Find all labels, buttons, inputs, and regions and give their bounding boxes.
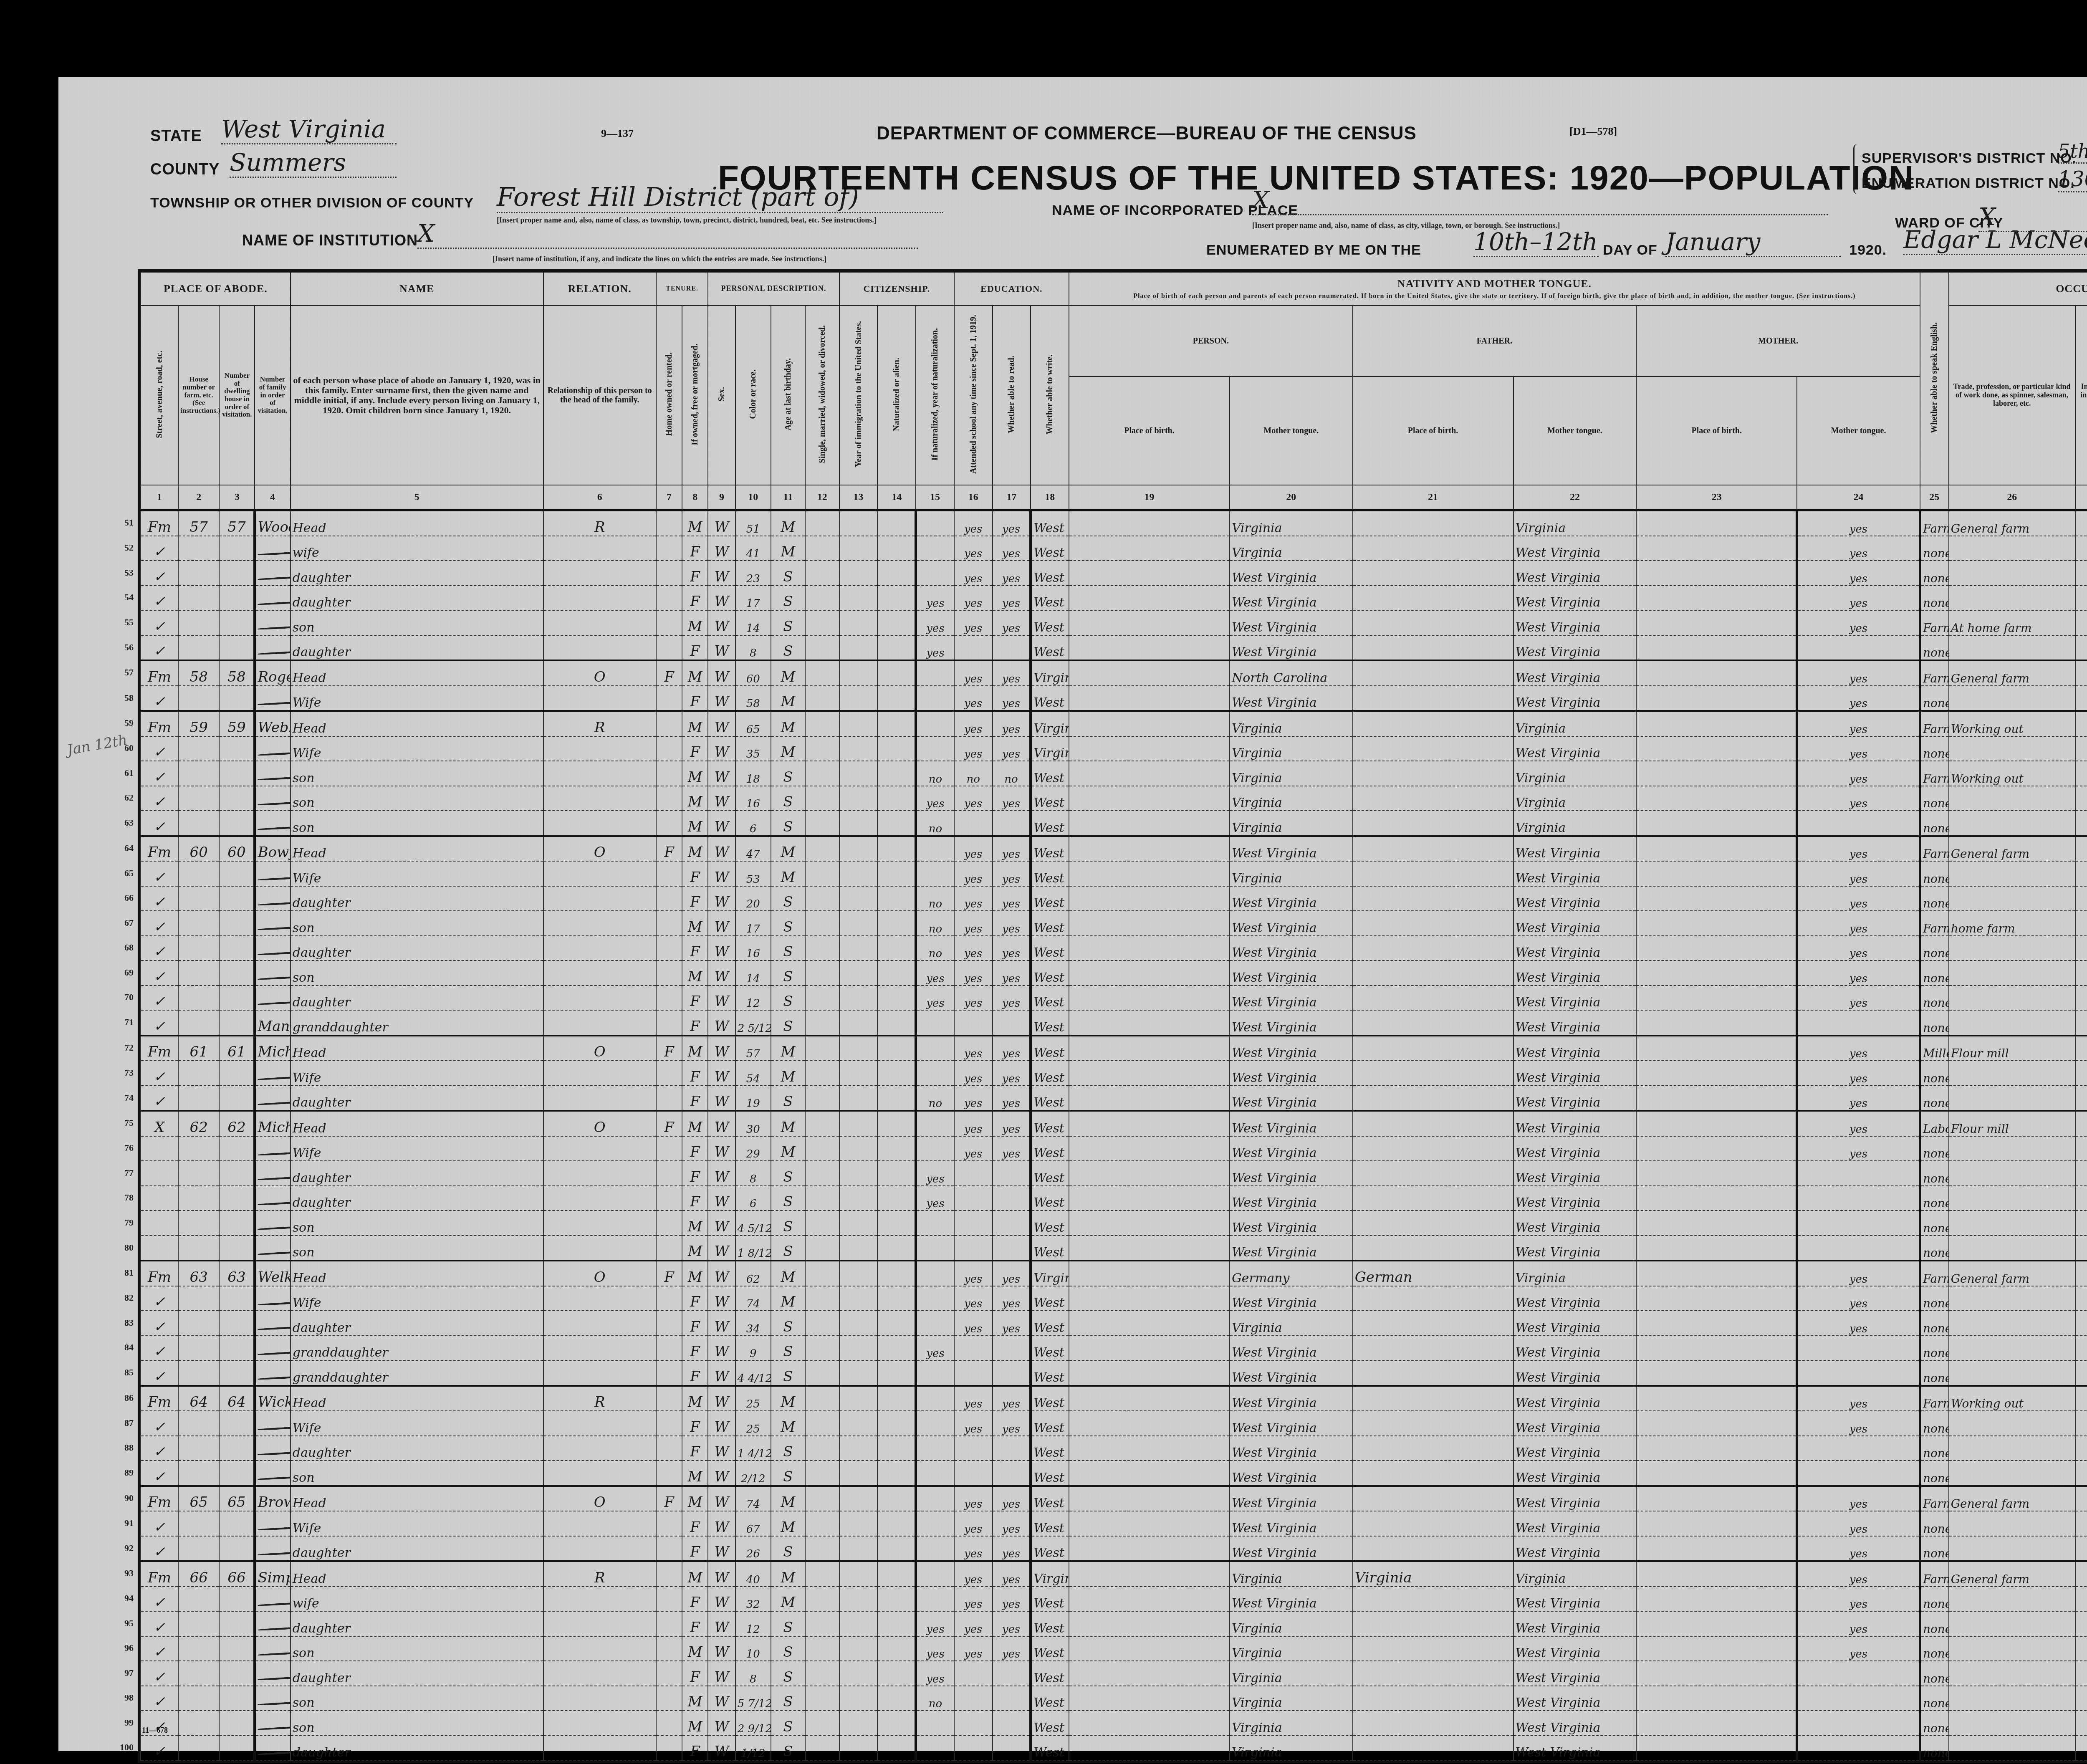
- fam-cell: [219, 1161, 255, 1186]
- dwell-cell: [178, 1536, 219, 1562]
- empty-cell: [877, 886, 916, 911]
- mar-cell: M: [771, 1286, 805, 1311]
- mort-cell: [656, 1136, 682, 1161]
- class-cell: W: [2075, 711, 2087, 736]
- rel-cell: Head: [291, 1036, 543, 1061]
- fam-cell: [219, 635, 255, 661]
- industry-cell: [1949, 986, 2075, 1011]
- mpob-cell: West Virginia: [1513, 1236, 1637, 1261]
- abode-cell: ✓: [141, 1010, 178, 1036]
- column-number-24: 24: [1797, 485, 1920, 510]
- age-cell: 14: [735, 960, 771, 986]
- class-cell: [2075, 536, 2087, 561]
- eng-cell: yes: [1797, 1061, 1920, 1086]
- surname: Brown: [258, 1494, 290, 1511]
- mar-cell: S: [771, 1686, 805, 1711]
- fpob-cell: Virginia: [1230, 711, 1353, 736]
- state-label: State: [150, 127, 202, 145]
- empty-cell: [805, 1236, 839, 1261]
- empty-cell: [877, 1711, 916, 1736]
- sex-cell: F: [682, 861, 708, 886]
- name-cell: Clara N.F.: [255, 736, 290, 761]
- mpob-cell: West Virginia: [1513, 1186, 1637, 1211]
- col-13-header: Year of immigration to the United States…: [839, 306, 878, 485]
- write-cell: yes: [993, 1286, 1031, 1311]
- write-cell: [993, 1161, 1031, 1186]
- line-number: 68: [117, 942, 134, 953]
- fam-cell: [219, 1711, 255, 1736]
- census-row-line-67: ✓Paul CsonMW17SnoyesyesWest VirginiaWest…: [141, 911, 2087, 936]
- mpob-cell: West Virginia: [1513, 736, 1637, 761]
- age-cell: 53: [735, 861, 771, 886]
- form-code: [D1—578]: [1569, 125, 1617, 138]
- empty-cell: [1636, 1261, 1797, 1286]
- rel-cell: Wife: [291, 1061, 543, 1086]
- empty-cell: [1636, 1010, 1797, 1036]
- own-cell: O: [543, 1486, 656, 1511]
- empty-cell: [839, 1686, 878, 1711]
- name-cell: MichaelAllen H: [255, 1111, 290, 1136]
- ditto-dash: [258, 700, 290, 705]
- class-cell: [2075, 1061, 2087, 1086]
- trade-cell: none: [1920, 886, 1949, 911]
- class-cell: OA: [2075, 510, 2087, 536]
- write-cell: yes: [993, 1311, 1031, 1336]
- write-cell: yes: [993, 561, 1031, 586]
- column-number-8: 8: [682, 485, 708, 510]
- census-row-line-60: ✓Clara N.F.WifeFW35MyesyesVirginiaVirgin…: [141, 736, 2087, 761]
- mar-cell: M: [771, 1411, 805, 1436]
- sex-cell: F: [682, 1311, 708, 1336]
- abode-cell: ✓: [141, 1536, 178, 1562]
- empty-cell: [1069, 1161, 1230, 1186]
- column-number-6: 6: [543, 485, 656, 510]
- empty-cell: [1069, 786, 1230, 811]
- trade-cell: none: [1920, 1336, 1949, 1361]
- dwell-cell: 61: [178, 1036, 219, 1061]
- mar-cell: M: [771, 1486, 805, 1511]
- census-row-line-70: ✓HazeldaughterFW12SyesyesyesWest Virgini…: [141, 986, 2087, 1011]
- dwell-cell: 65: [178, 1486, 219, 1511]
- ftongue-cell: [1353, 986, 1513, 1011]
- industry-cell: [1949, 861, 2075, 886]
- mort-cell: [656, 1611, 682, 1636]
- fam-cell: 57: [219, 510, 255, 536]
- empty-cell: [877, 1286, 916, 1311]
- line-number: 83: [117, 1317, 134, 1328]
- abode-cell: ✓: [141, 1636, 178, 1661]
- dwell-cell: [178, 811, 219, 836]
- trade-cell: Farm laborer: [1920, 761, 1949, 786]
- empty-cell: [1636, 936, 1797, 961]
- age-cell: 58: [735, 686, 771, 711]
- trade-cell: Farm laborer: [1920, 911, 1949, 936]
- class-cell: [2075, 1136, 2087, 1161]
- rel-cell: daughter: [291, 561, 543, 586]
- line-number: 87: [117, 1418, 134, 1428]
- name-cell: Martha E: [255, 861, 290, 886]
- industry-cell: [1949, 1686, 2075, 1711]
- empty-cell: [839, 1736, 878, 1761]
- industry-cell: [1949, 1461, 2075, 1486]
- write-cell: yes: [993, 1536, 1031, 1562]
- empty-cell: [1069, 1336, 1230, 1361]
- trade-cell: none: [1920, 1686, 1949, 1711]
- ditto-dash: [258, 1625, 290, 1631]
- ditto-dash: [258, 1450, 290, 1456]
- age-cell: 26: [735, 1536, 771, 1562]
- empty-cell: [805, 1111, 839, 1136]
- fam-cell: [219, 986, 255, 1011]
- column-number-19: 19: [1069, 485, 1230, 510]
- sex-cell: F: [682, 536, 708, 561]
- ftongue-cell: [1353, 1360, 1513, 1386]
- school-cell: [916, 510, 954, 536]
- empty-cell: [805, 1711, 839, 1736]
- empty-cell: [805, 886, 839, 911]
- ditto-dash: [258, 900, 290, 906]
- pob-cell: West Virginia: [1031, 1036, 1069, 1061]
- write-cell: yes: [993, 1511, 1031, 1536]
- empty-cell: [839, 1511, 878, 1536]
- write-cell: [993, 1186, 1031, 1211]
- empty-cell: [805, 610, 839, 635]
- trade-cell: none: [1920, 1461, 1949, 1486]
- school-cell: [916, 1386, 954, 1411]
- line-number: 69: [117, 967, 134, 978]
- race-cell: W: [708, 861, 735, 886]
- empty-cell: [1069, 1136, 1230, 1161]
- race-cell: W: [708, 811, 735, 836]
- mar-cell: S: [771, 1236, 805, 1261]
- industry-cell: [1949, 1136, 2075, 1161]
- eng-cell: yes: [1797, 960, 1920, 986]
- ftongue-cell: [1353, 1386, 1513, 1411]
- trade-cell: none: [1920, 1186, 1949, 1211]
- county-label: County: [150, 161, 220, 179]
- fam-cell: 65: [219, 1486, 255, 1511]
- ftongue-cell: [1353, 1686, 1513, 1711]
- mar-cell: S: [771, 811, 805, 836]
- empty-cell: [839, 786, 878, 811]
- eng-cell: yes: [1797, 1561, 1920, 1587]
- empty-cell: [805, 861, 839, 886]
- eng-cell: [1797, 1711, 1920, 1736]
- empty-cell: [839, 1236, 878, 1261]
- read-cell: yes: [954, 1311, 993, 1336]
- empty-cell: [1069, 1186, 1230, 1211]
- own-cell: [543, 1587, 656, 1612]
- col-7-header: Home owned or rented.: [656, 306, 682, 485]
- ditto-dash: [258, 825, 290, 831]
- empty-cell: [877, 836, 916, 862]
- abode-cell: ✓: [141, 1061, 178, 1086]
- empty-cell: [877, 911, 916, 936]
- sex-cell: M: [682, 1236, 708, 1261]
- eng-cell: yes: [1797, 1636, 1920, 1661]
- sex-cell: M: [682, 1561, 708, 1587]
- rel-cell: son: [291, 610, 543, 635]
- industry-cell: Working out: [1949, 761, 2075, 786]
- read-cell: yes: [954, 1561, 993, 1587]
- empty-cell: [839, 586, 878, 611]
- mpob-cell: West Virginia: [1513, 610, 1637, 635]
- empty-cell: [1636, 911, 1797, 936]
- class-cell: [2075, 736, 2087, 761]
- mpob-cell: Virginia: [1513, 1561, 1637, 1587]
- rel-cell: Wife: [291, 861, 543, 886]
- ftongue-cell: [1353, 1236, 1513, 1261]
- census-row-line-53: ✓Edith IdaughterFW23SyesyesWest Virginia…: [141, 561, 2087, 586]
- abode-cell: ✓: [141, 610, 178, 635]
- fam-cell: [219, 761, 255, 786]
- sex-cell: F: [682, 561, 708, 586]
- read-cell: yes: [954, 1486, 993, 1511]
- trade-cell: Farm operator: [1920, 1261, 1949, 1286]
- trade-cell: Farm operator: [1920, 660, 1949, 686]
- line-number: 74: [117, 1092, 134, 1103]
- sex-cell: M: [682, 660, 708, 686]
- mar-cell: S: [771, 1161, 805, 1186]
- industry-cell: [1949, 1311, 2075, 1336]
- empty-cell: [1069, 1561, 1230, 1587]
- ftongue-cell: [1353, 1086, 1513, 1111]
- industry-cell: [1949, 586, 2075, 611]
- empty-cell: [1069, 635, 1230, 661]
- ditto-dash: [258, 875, 290, 881]
- empty-cell: [839, 1461, 878, 1486]
- own-cell: [543, 1711, 656, 1736]
- mort-cell: [656, 586, 682, 611]
- age-cell: 5 7/12: [735, 1686, 771, 1711]
- empty-cell: [1069, 1211, 1230, 1236]
- mort-cell: [656, 811, 682, 836]
- ftongue-cell: [1353, 1636, 1513, 1661]
- dwell-cell: [178, 1611, 219, 1636]
- fam-cell: [219, 1611, 255, 1636]
- rel-cell: Wife: [291, 736, 543, 761]
- age-cell: 17: [735, 911, 771, 936]
- trade-cell: none: [1920, 1161, 1949, 1186]
- state-value: West Virginia: [221, 115, 397, 144]
- line-number: 60: [117, 743, 134, 753]
- abode-cell: Fm: [141, 711, 178, 736]
- abode-cell: ✓: [141, 886, 178, 911]
- sex-cell: F: [682, 1061, 708, 1086]
- school-cell: yes: [916, 586, 954, 611]
- industry-cell: [1949, 886, 2075, 911]
- dwell-cell: [178, 1136, 219, 1161]
- census-row-line-96: ✓Charles BsonMW10SyesyesyesWest Virginia…: [141, 1636, 2087, 1661]
- own-cell: [543, 1686, 656, 1711]
- race-cell: W: [708, 1587, 735, 1612]
- column-number-3: 3: [219, 485, 255, 510]
- empty-cell: [1636, 986, 1797, 1011]
- rel-cell: daughter: [291, 1186, 543, 1211]
- census-row-line-78: Vida MdaughterFW6SyesWest VirginiaWest V…: [141, 1186, 2087, 1211]
- eng-cell: [1797, 1186, 1920, 1211]
- mort-cell: [656, 711, 682, 736]
- age-cell: 9: [735, 1336, 771, 1361]
- race-cell: W: [708, 1536, 735, 1562]
- ftongue-cell: [1353, 1587, 1513, 1612]
- fpob-cell: West Virginia: [1230, 1536, 1353, 1562]
- mar-cell: S: [771, 786, 805, 811]
- rel-cell: daughter: [291, 986, 543, 1011]
- pob-cell: West Virginia: [1031, 886, 1069, 911]
- school-cell: [916, 1360, 954, 1386]
- pob-cell: West Virginia: [1031, 1536, 1069, 1562]
- race-cell: W: [708, 561, 735, 586]
- age-cell: 19: [735, 1086, 771, 1111]
- line-number: 80: [117, 1242, 134, 1253]
- ditto-dash: [258, 800, 290, 806]
- name-cell: Del I: [255, 960, 290, 986]
- fpob-cell: West Virginia: [1230, 1036, 1353, 1061]
- line-number: 76: [117, 1142, 134, 1153]
- line-number: 94: [117, 1593, 134, 1604]
- pob-cell: West Virginia: [1031, 861, 1069, 886]
- surname: Wickline: [258, 1394, 290, 1410]
- race-cell: W: [708, 1286, 735, 1311]
- school-cell: [916, 861, 954, 886]
- abode-cell: [141, 1211, 178, 1236]
- name-cell: Elizabeth J.: [255, 1061, 290, 1086]
- rel-cell: Head: [291, 836, 543, 862]
- rel-cell: wife: [291, 536, 543, 561]
- pob-cell: West Virginia: [1031, 510, 1069, 536]
- class-cell: [2075, 1661, 2087, 1686]
- class-cell: [2075, 1211, 2087, 1236]
- empty-cell: [805, 711, 839, 736]
- line-number: 55: [117, 617, 134, 628]
- eng-cell: yes: [1797, 1587, 1920, 1612]
- census-row-line-71: ✓MannPaulinegranddaughterFW2 5/12SWest V…: [141, 1010, 2087, 1036]
- race-cell: W: [708, 1511, 735, 1536]
- sex-cell: M: [682, 1211, 708, 1236]
- fpob-cell: Virginia: [1230, 1636, 1353, 1661]
- fam-cell: [219, 936, 255, 961]
- class-cell: W: [2075, 761, 2087, 786]
- mar-cell: S: [771, 1010, 805, 1036]
- class-cell: [2075, 1411, 2087, 1436]
- dwell-cell: [178, 1511, 219, 1536]
- class-cell: W: [2075, 911, 2087, 936]
- trade-cell: none: [1920, 960, 1949, 986]
- school-cell: yes: [916, 1336, 954, 1361]
- surname: Mann: [258, 1018, 290, 1035]
- line-number: 85: [117, 1367, 134, 1378]
- empty-cell: [877, 1061, 916, 1086]
- census-row-line-61: ✓FredsonMW18SnononoWest VirginiaVirginia…: [141, 761, 2087, 786]
- age-cell: 16: [735, 786, 771, 811]
- dwell-cell: [178, 1711, 219, 1736]
- abode-cell: Fm: [141, 1386, 178, 1411]
- industry-cell: [1949, 1436, 2075, 1461]
- empty-cell: [877, 1561, 916, 1587]
- school-cell: [916, 1036, 954, 1061]
- ditto-dash: [258, 1425, 290, 1431]
- own-cell: [543, 1536, 656, 1562]
- trade-cell: none: [1920, 1436, 1949, 1461]
- dwell-cell: [178, 1686, 219, 1711]
- ftongue-cell: [1353, 836, 1513, 862]
- eng-cell: yes: [1797, 561, 1920, 586]
- fam-cell: [219, 536, 255, 561]
- class-cell: [2075, 1461, 2087, 1486]
- age-cell: 4 4/12: [735, 1360, 771, 1386]
- own-cell: [543, 1411, 656, 1436]
- abode-cell: ✓: [141, 1461, 178, 1486]
- mar-cell: M: [771, 1511, 805, 1536]
- fam-cell: 61: [219, 1036, 255, 1061]
- empty-cell: [839, 886, 878, 911]
- footer-code: 11—678: [142, 1726, 168, 1735]
- race-cell: W: [708, 736, 735, 761]
- class-cell: OA: [2075, 836, 2087, 862]
- school-cell: yes: [916, 960, 954, 986]
- write-cell: [993, 1661, 1031, 1686]
- mar-cell: M: [771, 510, 805, 536]
- write-cell: [993, 1711, 1031, 1736]
- rel-cell: son: [291, 911, 543, 936]
- class-cell: W: [2075, 1111, 2087, 1136]
- mpob-cell: West Virginia: [1513, 1086, 1637, 1111]
- census-row-line-95: ✓Gladys MdaughterFW12SyesyesyesWest Virg…: [141, 1611, 2087, 1636]
- column-number-10: 10: [735, 485, 771, 510]
- industry-cell: [1949, 786, 2075, 811]
- pob-cell: Virginia: [1031, 660, 1069, 686]
- mar-cell: S: [771, 761, 805, 786]
- own-cell: [543, 1161, 656, 1186]
- census-row-line-86: Fm6464WicklineArthur GHeadRMW25MyesyesWe…: [141, 1386, 2087, 1411]
- sex-cell: F: [682, 1286, 708, 1311]
- name-cell: BowyerMartin B.: [255, 836, 290, 862]
- industry-cell: [1949, 1511, 2075, 1536]
- mar-cell: S: [771, 610, 805, 635]
- fpob-cell: West Virginia: [1230, 561, 1353, 586]
- eng-cell: yes: [1797, 1311, 1920, 1336]
- industry-cell: [1949, 1236, 2075, 1261]
- mar-cell: S: [771, 1186, 805, 1211]
- ftongue-cell: [1353, 786, 1513, 811]
- own-cell: [543, 886, 656, 911]
- census-sheet: State West Virginia County Summers Towns…: [58, 77, 2087, 1751]
- class-cell: [2075, 1711, 2087, 1736]
- department-title: DEPARTMENT OF COMMERCE—BUREAU OF THE CEN…: [877, 123, 1417, 144]
- own-cell: R: [543, 510, 656, 536]
- empty-cell: [1069, 911, 1230, 936]
- empty-cell: [1636, 736, 1797, 761]
- eng-cell: yes: [1797, 686, 1920, 711]
- ftongue-cell: [1353, 1061, 1513, 1086]
- empty-cell: [839, 635, 878, 661]
- mort-cell: [656, 1211, 682, 1236]
- write-cell: yes: [993, 660, 1031, 686]
- mort-cell: F: [656, 1261, 682, 1286]
- eng-cell: [1797, 1161, 1920, 1186]
- fpob-cell: West Virginia: [1230, 686, 1353, 711]
- school-cell: [916, 1136, 954, 1161]
- ftongue-cell: [1353, 686, 1513, 711]
- census-row-line-84: ✓Etta MgranddaughterFW9SyesWest Virginia…: [141, 1336, 2087, 1361]
- col-25-header: Whether able to speak English.: [1920, 272, 1949, 485]
- fpob-cell: West Virginia: [1230, 911, 1353, 936]
- pob-cell: West Virginia: [1031, 1686, 1069, 1711]
- age-cell: 12: [735, 1611, 771, 1636]
- industry-cell: [1949, 1611, 2075, 1636]
- column-number-21: 21: [1353, 485, 1513, 510]
